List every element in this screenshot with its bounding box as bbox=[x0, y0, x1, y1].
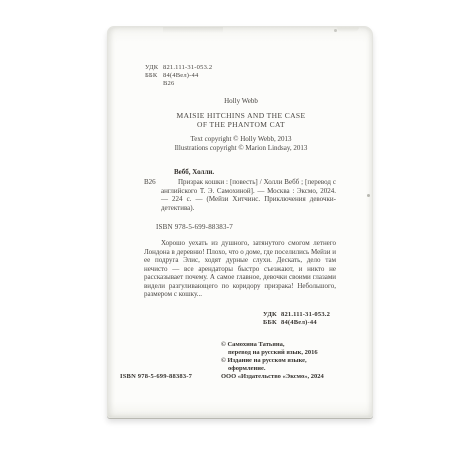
rights-credits-block: © Самохина Татьяна, перевод на русский я… bbox=[221, 341, 324, 381]
bbk-row: ББК 84(4Вел)-44 bbox=[145, 72, 212, 80]
classification-codes-top: УДК 821.111-31-053.2 ББК 84(4Вел)-44 В26 bbox=[145, 64, 212, 88]
isbn-bottom-line: ISBN 978-5-699-88383-7 bbox=[120, 373, 192, 380]
author-sign-row: В26 bbox=[145, 80, 212, 88]
udk-label: УДК bbox=[263, 311, 281, 319]
original-title-line2: OF THE PHANTOM CAT bbox=[144, 120, 338, 129]
text-copyright-line: Text copyright © Holly Webb, 2013 bbox=[144, 135, 338, 144]
isbn-line: ISBN 978-5-699-88383-7 bbox=[156, 223, 233, 231]
author-sign-spacer bbox=[145, 80, 163, 88]
original-title-line1: MAISIE HITCHINS AND THE CASE bbox=[144, 111, 338, 120]
paper-edge-notch bbox=[337, 27, 359, 32]
udk-value: 821.111-31-053.2 bbox=[163, 64, 212, 72]
classification-codes-bottom: УДК 821.111-31-053.2 ББК 84(4Вел)-44 bbox=[263, 311, 330, 327]
original-author: Holly Webb bbox=[144, 97, 338, 105]
edition-credit-line1: © Издание на русском языке, bbox=[221, 357, 324, 365]
copyright-block: Text copyright © Holly Webb, 2013 Illust… bbox=[144, 135, 338, 153]
udk-row-bottom: УДК 821.111-31-053.2 bbox=[263, 311, 330, 319]
illustrations-copyright-line: Illustrations copyright © Marion Lindsay… bbox=[144, 144, 338, 153]
udk-row: УДК 821.111-31-053.2 bbox=[145, 64, 212, 72]
bib-author-heading: Вебб, Холли. bbox=[174, 168, 214, 176]
scan-speck bbox=[334, 29, 337, 32]
scan-background: УДК 821.111-31-053.2 ББК 84(4Вел)-44 В26… bbox=[0, 0, 450, 450]
edition-credit-line2: оформление. bbox=[221, 365, 324, 373]
bib-author-sign: В26 bbox=[144, 178, 156, 186]
udk-value: 821.111-31-053.2 bbox=[281, 311, 330, 319]
publisher-line: ООО «Издательство «Эксмо», 2024 bbox=[221, 373, 324, 381]
bbk-value: 84(4Вел)-44 bbox=[163, 72, 198, 80]
annotation-paragraph: Хорошо уехать из душного, затянутого смо… bbox=[144, 239, 336, 299]
bbk-label: ББК bbox=[145, 72, 163, 80]
bbk-row-bottom: ББК 84(4Вел)-44 bbox=[263, 319, 330, 327]
translator-credit-line2: перевод на русский язык, 2016 bbox=[221, 349, 324, 357]
udk-label: УДК bbox=[145, 64, 163, 72]
bbk-label: ББК bbox=[263, 319, 281, 327]
book-imprint-page: УДК 821.111-31-053.2 ББК 84(4Вел)-44 В26… bbox=[107, 26, 373, 418]
scan-smudge bbox=[163, 27, 223, 33]
bib-description: Призрак кошки : [повесть] / Холли Вебб ;… bbox=[161, 178, 336, 212]
bbk-value: 84(4Вел)-44 bbox=[281, 319, 317, 327]
translator-credit-line1: © Самохина Татьяна, bbox=[221, 341, 324, 349]
scan-speck bbox=[367, 194, 370, 197]
author-sign: В26 bbox=[163, 80, 174, 88]
